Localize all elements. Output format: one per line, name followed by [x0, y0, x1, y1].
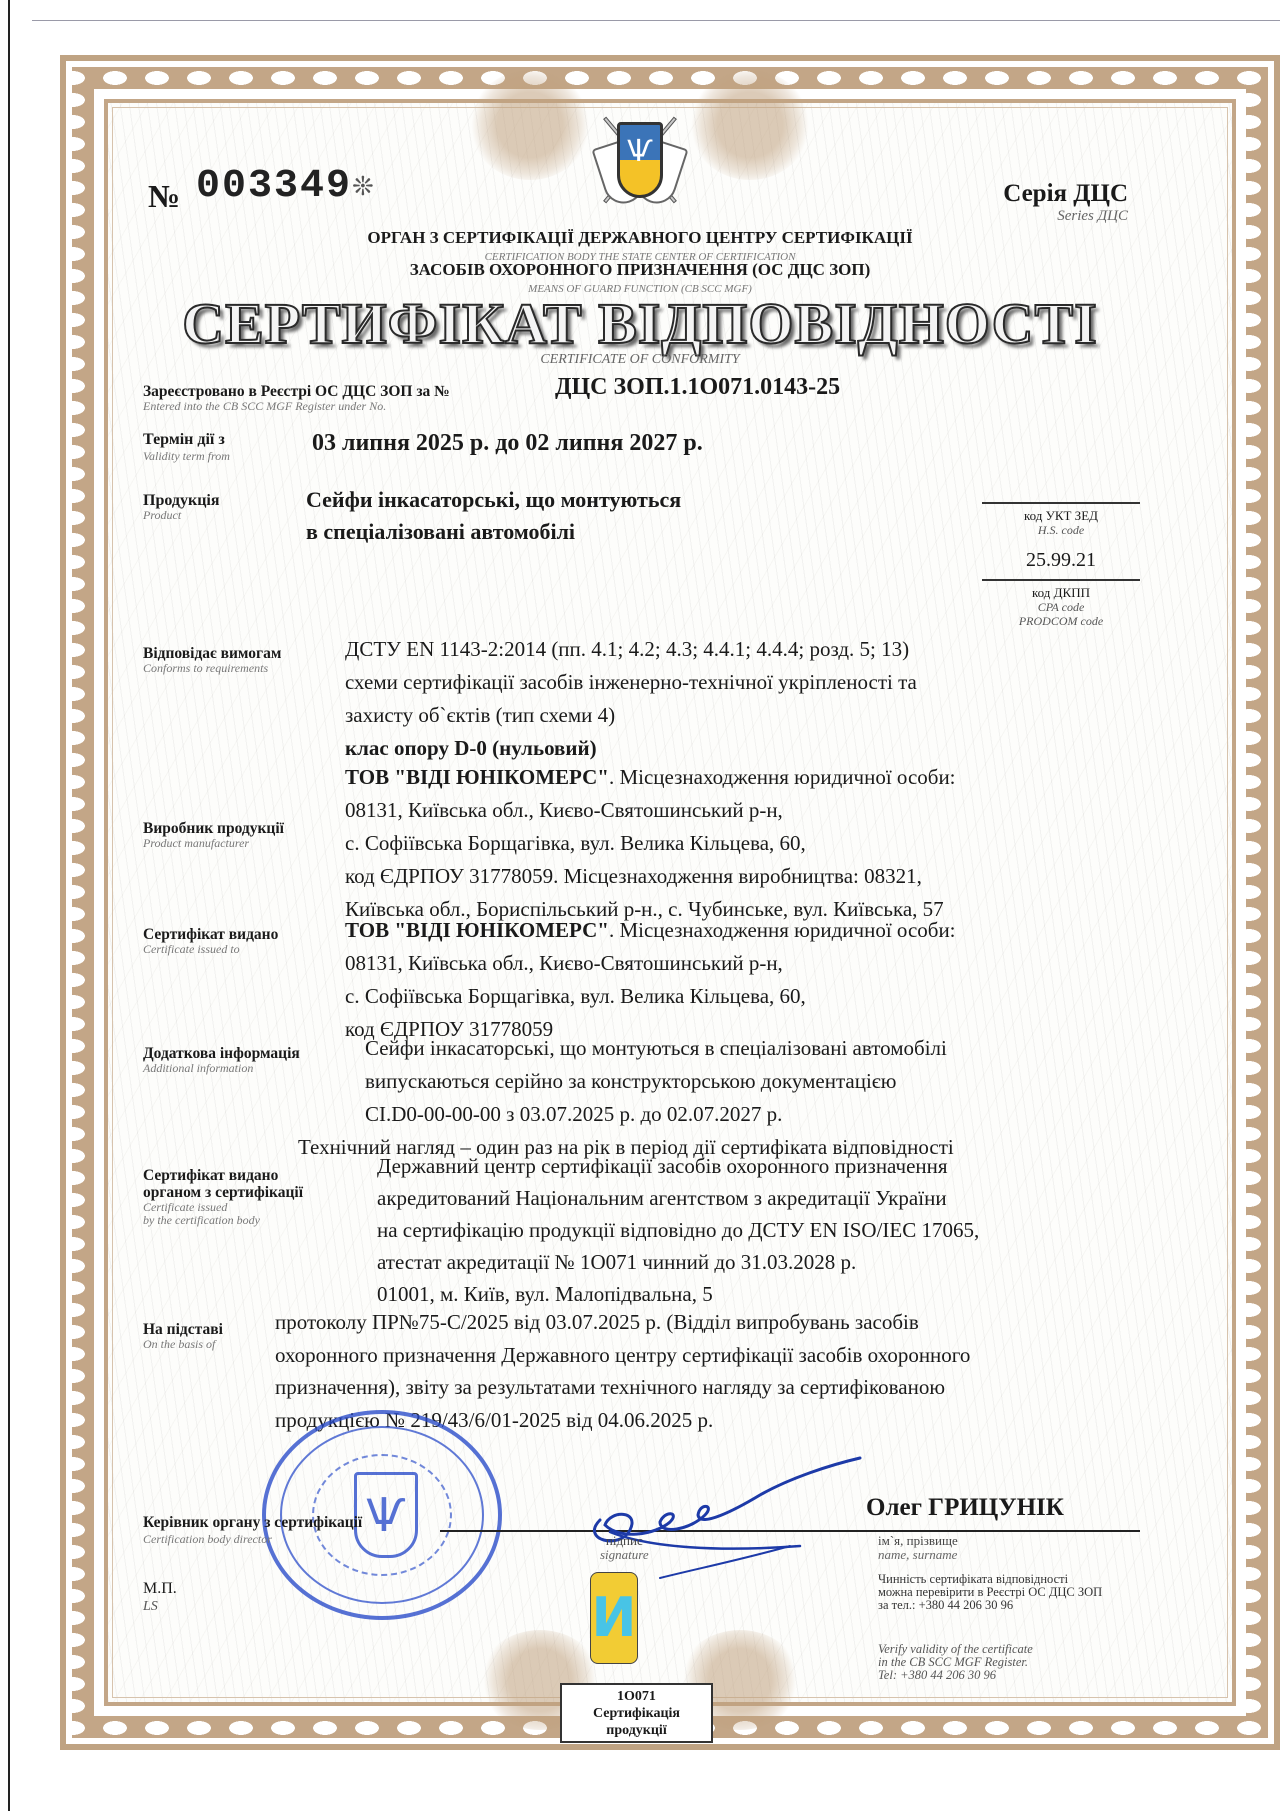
seal-place-en: LS [143, 1598, 177, 1616]
verify-line: Tel: +380 44 206 30 96 [878, 1669, 1033, 1682]
requirement-line: ДСТУ EN 1143-2:2014 (пп. 4.1; 4.2; 4.3; … [345, 633, 917, 666]
name-caption-ua: ім`я, прізвище [878, 1534, 958, 1548]
divider [982, 579, 1140, 581]
cpa-code-label-en: CPA code [982, 600, 1140, 614]
hs-code-label-en: H.S. code [982, 523, 1140, 537]
validity-label-en: Validity term from [143, 450, 230, 463]
cpa-code-label: код ДКПП [982, 585, 1140, 600]
validity-label: Термін дії з [143, 432, 225, 447]
additional-info-label: Додаткова інформація [143, 1046, 300, 1061]
additional-info-line: Сейфи інкасаторські, що монтуються в спе… [365, 1032, 947, 1065]
issuing-body-details: Державний центр сертифікації засобів охо… [377, 1150, 979, 1310]
accreditation-line: Сертифікація [562, 1705, 711, 1722]
verify-line: за тел.: +380 44 206 30 96 [878, 1599, 1102, 1612]
director-name: Олег ГРИЦУНІК [866, 1494, 1064, 1522]
series-label-en: Series ДЦС [1003, 208, 1128, 225]
director-label: Керівник органу з сертифікації [143, 1515, 362, 1530]
hs-code-label: код УКТ ЗЕД [982, 508, 1140, 523]
issued-to-details: ТОВ "ВІДІ ЮНІКОМЕРС". Місцезнаходження ю… [345, 914, 956, 1046]
product-line: Сейфи інкасаторські, що монтуються [306, 484, 681, 516]
prodcom-code-label-en: PRODCOM code [982, 614, 1140, 628]
basis-label-en: On the basis of [143, 1338, 215, 1351]
additional-info-line: СІ.D0-00-00-00 з 03.07.2025 р. до 02.07.… [365, 1098, 947, 1131]
issuing-body-label: Сертифікат видано органом з сертифікації [143, 1167, 303, 1201]
manufacturer-line: 08131, Київська обл., Києво-Святошинськи… [345, 794, 956, 827]
basis-line: охоронного призначення Державного центру… [275, 1339, 970, 1372]
state-emblem-icon: Ѱ [590, 100, 690, 220]
signature-caption: підпис signature [600, 1534, 649, 1562]
registration-label: Зареєстровано в Реєстрі ОС ДЦС ЗОП за № [143, 384, 450, 399]
seal-place-ua: М.П. [143, 1580, 177, 1598]
manufacturer-company: ТОВ "ВІДІ ЮНІКОМЕРС" [345, 765, 609, 789]
product-line: в спеціалізовані автомобілі [306, 516, 681, 548]
accreditation-box: 1О071 Сертифікація продукції [560, 1683, 713, 1743]
issued-to-label-en: Certificate issued to [143, 943, 240, 956]
requirement-line: схеми сертифікації засобів інженерно-тех… [345, 666, 917, 699]
basis-line: протоколу ПР№75-С/2025 від 03.07.2025 р.… [275, 1306, 970, 1339]
issued-to-line: ТОВ "ВІДІ ЮНІКОМЕРС". Місцезнаходження ю… [345, 914, 956, 947]
manufacturer-address-intro: . Місцезнаходження юридичної особи: [609, 765, 956, 789]
document-title: СЕРТИФІКАТ ВІДПОВІДНОСТІ [0, 290, 1280, 357]
manufacturer-line: код ЄДРПОУ 31778059. Місцезнаходження ви… [345, 860, 956, 893]
accreditation-line: продукції [562, 1722, 711, 1739]
additional-info: Сейфи інкасаторські, що монтуються в спе… [365, 1032, 947, 1131]
hs-code-value: 25.99.21 [982, 545, 1140, 575]
series-label: Серія ДЦС [1003, 180, 1128, 208]
manufacturer-label: Виробник продукції [143, 821, 284, 836]
basis-label: На підставі [143, 1322, 223, 1337]
conforms-requirements: ДСТУ EN 1143-2:2014 (пп. 4.1; 4.2; 4.3; … [345, 633, 917, 765]
issuing-body-line: Державний центр сертифікації засобів охо… [377, 1150, 979, 1182]
org-line-2: ЗАСОБІВ ОХОРОННОГО ПРИЗНАЧЕННЯ (ОС ДЦС З… [0, 260, 1280, 280]
signature-caption-en: signature [600, 1548, 649, 1562]
number-label: № [148, 178, 180, 215]
trident-icon: Ѱ [620, 137, 660, 167]
requirement-line: захисту об`єктів (тип схеми 4) [345, 699, 917, 732]
name-caption-en: name, surname [878, 1548, 958, 1562]
certificate: Ѱ № 003349 ❊ Серія ДЦС Series ДЦС ОРГАН … [0, 0, 1280, 1811]
name-caption: ім`я, прізвище name, surname [878, 1534, 958, 1562]
product-codes: код УКТ ЗЕД H.S. code 25.99.21 код ДКПП … [982, 502, 1140, 628]
accreditation-agency-logo-icon: И [590, 1572, 638, 1664]
manufacturer-details: ТОВ "ВІДІ ЮНІКОМЕРС". Місцезнаходження ю… [345, 761, 956, 926]
document-title-en: CERTIFICATE OF CONFORMITY [0, 352, 1280, 368]
seal-place: М.П. LS [143, 1580, 177, 1616]
issuing-body-line: акредитований Національним агентством з … [377, 1182, 979, 1214]
issued-to-address-intro: . Місцезнаходження юридичної особи: [609, 918, 956, 942]
product-label: Продукція [143, 493, 220, 508]
validity-term: 03 липня 2025 р. до 02 липня 2027 р. [312, 430, 703, 457]
registration-label-en: Entered into the CB SCC MGF Register und… [143, 400, 386, 413]
conforms-label-en: Conforms to requirements [143, 662, 268, 675]
manufacturer-label-en: Product manufacturer [143, 837, 249, 850]
issuing-body-label-line: Сертифікат видано [143, 1167, 303, 1184]
product-label-en: Product [143, 509, 181, 522]
security-mark-icon: ❊ [352, 172, 374, 202]
issued-to-label: Сертифікат видано [143, 927, 278, 942]
verify-note-en: Verify validity of the certificate in th… [878, 1643, 1033, 1682]
divider [982, 502, 1140, 504]
na-logo-glyph: И [591, 1591, 637, 1645]
issued-to-line: с. Софіївська Борщагівка, вул. Велика Кі… [345, 980, 956, 1013]
flag-shield-icon: Ѱ [617, 122, 663, 198]
issued-to-line: 08131, Київська обл., Києво-Святошинськи… [345, 947, 956, 980]
certificate-number: 003349 [196, 164, 352, 209]
manufacturer-line: с. Софіївська Борщагівка, вул. Велика Кі… [345, 827, 956, 860]
verify-note-ua: Чинність сертифіката відповідності можна… [878, 1573, 1102, 1612]
signature-caption-ua: підпис [600, 1534, 649, 1548]
additional-info-label-en: Additional information [143, 1062, 253, 1075]
issuing-body-label-line: органом з сертифікації [143, 1184, 303, 1201]
issuing-body-label-en-line: by the certification body [143, 1214, 260, 1227]
manufacturer-line: ТОВ "ВІДІ ЮНІКОМЕРС". Місцезнаходження ю… [345, 761, 956, 794]
accreditation-code: 1О071 [562, 1688, 711, 1705]
additional-info-line: випускаються серійно за конструкторською… [365, 1065, 947, 1098]
issuing-body-line: на сертифікацію продукції відповідно до … [377, 1214, 979, 1246]
issuing-body-line: атестат акредитації № 1О071 чинний до 31… [377, 1246, 979, 1278]
issuing-body-label-en: Certificate issued by the certification … [143, 1201, 260, 1227]
series: Серія ДЦС Series ДЦС [1003, 180, 1128, 225]
trident-icon: Ѱ [354, 1472, 418, 1558]
basis-line: призначення), звіту за результатами техн… [275, 1371, 970, 1404]
registration-number: ДЦС ЗОП.1.1О071.0143-25 [555, 374, 840, 401]
director-label-en: Certification body director [143, 1533, 272, 1546]
org-line-1: ОРГАН З СЕРТИФІКАЦІЇ ДЕРЖАВНОГО ЦЕНТРУ С… [0, 228, 1280, 248]
conforms-label: Відповідає вимогам [143, 646, 281, 661]
product-name: Сейфи інкасаторські, що монтуються в спе… [306, 484, 681, 548]
issued-to-company: ТОВ "ВІДІ ЮНІКОМЕРС" [345, 918, 609, 942]
